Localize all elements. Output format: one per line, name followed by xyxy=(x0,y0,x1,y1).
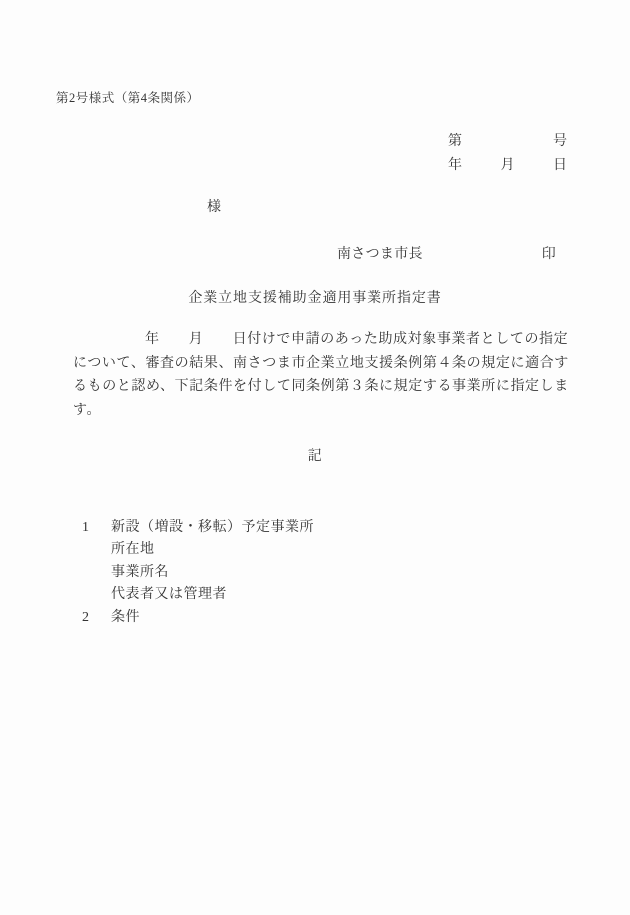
list-item-label: 新設（増設・移転）予定事業所 xyxy=(111,520,314,535)
list-item-label: 事業所名 xyxy=(111,565,169,580)
document-title: 企業立地支援補助金適用事業所指定書 xyxy=(0,287,630,307)
seal-mark: 印 xyxy=(542,243,556,263)
date-year-label: 年 xyxy=(448,154,462,174)
date-day-label: 日 xyxy=(553,154,567,174)
list-item: 1新設（増設・移転）予定事業所 xyxy=(58,494,314,517)
list-item-label: 代表者又は管理者 xyxy=(111,587,227,602)
designation-list: 1新設（増設・移転）予定事業所 所在地 事業所名 代表者又は管理者 2条件 xyxy=(58,494,314,607)
document-number-line: 第 号 xyxy=(448,130,567,150)
list-item-label: 条件 xyxy=(111,610,140,625)
list-item-number: 1 xyxy=(82,517,111,540)
record-heading: 記 xyxy=(0,445,630,465)
body-paragraph: 年 月 日付けで申請のあった助成対象事業者としての指定について、審査の結果、南さ… xyxy=(73,328,573,422)
date-month-label: 月 xyxy=(501,154,515,174)
issuer-line: 南さつま市長 印 xyxy=(337,243,556,263)
form-number: 第2号様式（第4条関係） xyxy=(56,88,200,106)
document-page: 第2号様式（第4条関係） 第 号 年 月 日 様 南さつま市長 印 企業立地支援… xyxy=(0,0,630,915)
addressee-honorific: 様 xyxy=(207,196,221,216)
issuer-name: 南さつま市長 xyxy=(337,243,423,263)
doc-number-suffix: 号 xyxy=(553,130,567,150)
list-item-label: 所在地 xyxy=(111,542,155,557)
list-item-number: 2 xyxy=(82,607,111,630)
doc-number-prefix: 第 xyxy=(448,130,462,150)
date-line: 年 月 日 xyxy=(448,154,567,174)
